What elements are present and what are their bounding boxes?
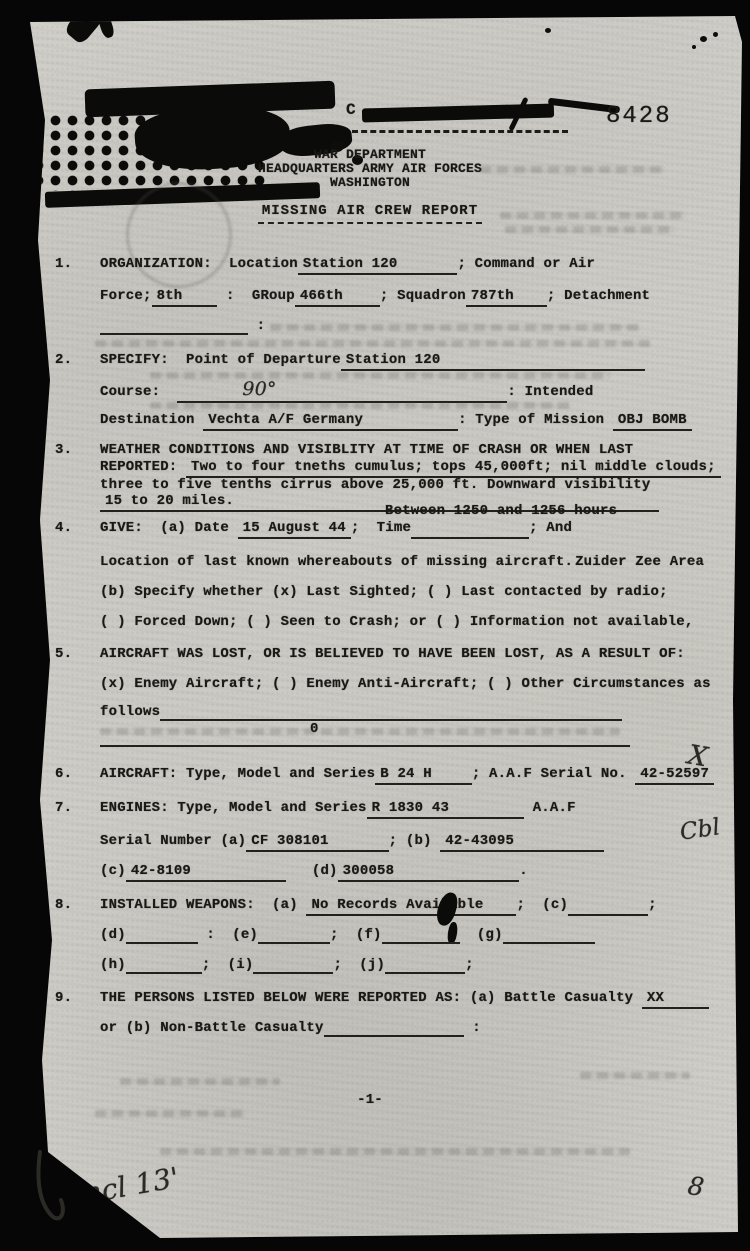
engine-serial-d: 300058 <box>338 864 400 882</box>
field-organization: 1.ORGANIZATION: LocationStation 120; Com… <box>55 256 595 275</box>
weather-value-1: Two to four tneths cumulus; tops 45,000f… <box>186 460 721 478</box>
item-number: 6. <box>55 766 100 783</box>
item-number: 4. <box>55 520 100 537</box>
item-number: 2. <box>55 352 100 369</box>
field-lost-cause-heading: 5.AIRCRAFT WAS LOST, OR IS BELIEVED TO H… <box>55 646 685 663</box>
squadron-value: 787th <box>466 289 519 307</box>
field-last-location: Location of last known whereabouts of mi… <box>100 554 704 571</box>
field-casualty: 9.THE PERSONS LISTED BELOW WERE REPORTED… <box>55 990 709 1009</box>
margin-x-mark: X <box>687 746 709 766</box>
weapons-a-value: No Records Available <box>306 898 488 916</box>
weather-value-2: three to five tenths cirrus above 25,000… <box>100 477 651 493</box>
bleedthrough-text <box>150 402 570 409</box>
field-detachment-continuation: : <box>100 318 265 335</box>
field-weather-heading: 3.WEATHER CONDITIONS AND VISIBLITY AT TI… <box>55 442 633 459</box>
weapons-f-blank <box>382 928 460 944</box>
non-battle-blank <box>324 1021 464 1037</box>
battle-casualty-value: XX <box>642 991 669 1009</box>
classification-line: C <box>346 102 356 119</box>
field-engine-serials-cd: (c)42-8109 (d)300058. <box>100 863 528 882</box>
engine-serial-a: CF 308101 <box>246 834 333 852</box>
ink-speck <box>692 45 696 49</box>
date-value: 15 August 44 <box>238 521 351 539</box>
report-number: 8428 <box>606 108 672 125</box>
handwritten-incl-note: Incl 13' <box>71 1169 180 1204</box>
field-follows: follows <box>100 704 622 721</box>
bleedthrough-text <box>150 372 610 379</box>
force-value: 8th <box>152 289 188 307</box>
field-lost-cause-options: (x) Enemy Aircraft; ( ) Enemy Anti-Aircr… <box>100 676 711 693</box>
weapons-e-blank <box>258 928 330 944</box>
location-value: Station 120 <box>298 257 403 275</box>
bleedthrough-text <box>270 324 640 331</box>
mission-value: OBJ BOMB <box>613 413 692 431</box>
field-aircraft: 6.AIRCRAFT: Type, Model and SeriesB 24 H… <box>55 766 714 785</box>
classification-letter: C <box>346 101 356 119</box>
weapons-c-blank <box>568 900 648 916</box>
margin-scribble: Cbl <box>679 819 721 841</box>
handwritten-sheet-number: 8 <box>687 1177 705 1196</box>
field-weapons-hij: (h); (i); (j); <box>100 957 474 974</box>
ink-speck <box>700 36 707 42</box>
weapons-i-blank <box>253 958 333 974</box>
item-number: 8. <box>55 897 100 914</box>
course-value-handwritten: 90° <box>242 378 276 400</box>
aircraft-series-value: B 24 H <box>375 767 437 785</box>
field-weather-line3: three to five tenths cirrus above 25,000… <box>100 477 651 494</box>
field-forced-down: ( ) Forced Down; ( ) Seen to Crash; or (… <box>100 614 694 631</box>
destination-value: Vechta A/F Germany <box>203 413 368 431</box>
time-note: Between 1250 and 1256 hours <box>385 503 617 520</box>
field-force-group-squadron: Force;8th : GRoup466th; Squadron787th; D… <box>100 288 650 307</box>
field-weapons-defg: (d) : (e); (f) (g) <box>100 927 595 944</box>
item-number: 9. <box>55 990 100 1007</box>
page-number: -1- <box>0 1092 740 1109</box>
bleedthrough-text <box>95 1110 245 1117</box>
engine-series-value: R 1830 43 <box>367 801 454 819</box>
field-course: Course: 90°: Intended <box>100 382 593 403</box>
weapons-g-blank <box>503 928 595 944</box>
corner-ink-mark <box>96 11 115 39</box>
bleedthrough-text <box>160 1148 630 1155</box>
bleedthrough-text <box>505 226 675 233</box>
item-number: 1. <box>55 256 100 273</box>
weapons-j-blank <box>385 958 465 974</box>
classification-dashed-underline <box>352 118 568 133</box>
group-value: 466th <box>295 289 348 307</box>
bleedthrough-text <box>480 166 665 173</box>
time-blank <box>411 523 529 539</box>
item-number: 5. <box>55 646 100 663</box>
last-location-value: Zuider Zee Area <box>573 555 704 571</box>
follows-blank-line2 <box>100 730 630 747</box>
bleedthrough-text <box>500 212 685 219</box>
field-engine-serials-ab: Serial Number (a)CF 308101; (b) 42-43095 <box>100 833 604 852</box>
bleedthrough-text <box>120 1078 280 1085</box>
weapons-h-blank <box>126 958 202 974</box>
departure-value: Station 120 <box>341 353 446 371</box>
field-engines: 7.ENGINES: Type, Model and SeriesR 1830 … <box>55 800 576 819</box>
checkmark-stroke <box>39 1152 63 1218</box>
weapons-d-blank <box>126 928 198 944</box>
item-number: 7. <box>55 800 100 817</box>
field-specify: 2.SPECIFY: Point of DepartureStation 120 <box>55 352 645 371</box>
dept-line-3: WASHINGTON <box>0 174 740 191</box>
bleedthrough-text <box>580 1072 690 1079</box>
bleedthrough-text <box>95 340 650 347</box>
field-weapons: 8.INSTALLED WEAPONS: (a) No Records Avai… <box>55 897 657 916</box>
follows-blank <box>160 705 622 721</box>
ink-speck <box>713 32 718 37</box>
scanned-document-page: C 8428 WAR DEPARTMENT HEADQUARTERS ARMY … <box>0 0 750 1251</box>
field-specify-whether: (b) Specify whether (x) Last Sighted; ( … <box>100 584 668 601</box>
engine-serial-b: 42-43095 <box>440 834 519 852</box>
weather-value-3: 15 to 20 miles. <box>100 494 239 512</box>
ink-speck <box>545 28 551 33</box>
field-non-battle: or (b) Non-Battle Casualty : <box>100 1020 481 1037</box>
field-weather-line2: REPORTED: Two to four tneths cumulus; to… <box>100 459 721 478</box>
item-number: 3. <box>55 442 100 459</box>
engine-serial-c: 42-8109 <box>126 864 196 882</box>
field-date-time: 4.GIVE: (a) Date 15 August 44; Time; And <box>55 520 572 539</box>
field-destination: Destination Vechta A/F Germany: Type of … <box>100 412 692 431</box>
